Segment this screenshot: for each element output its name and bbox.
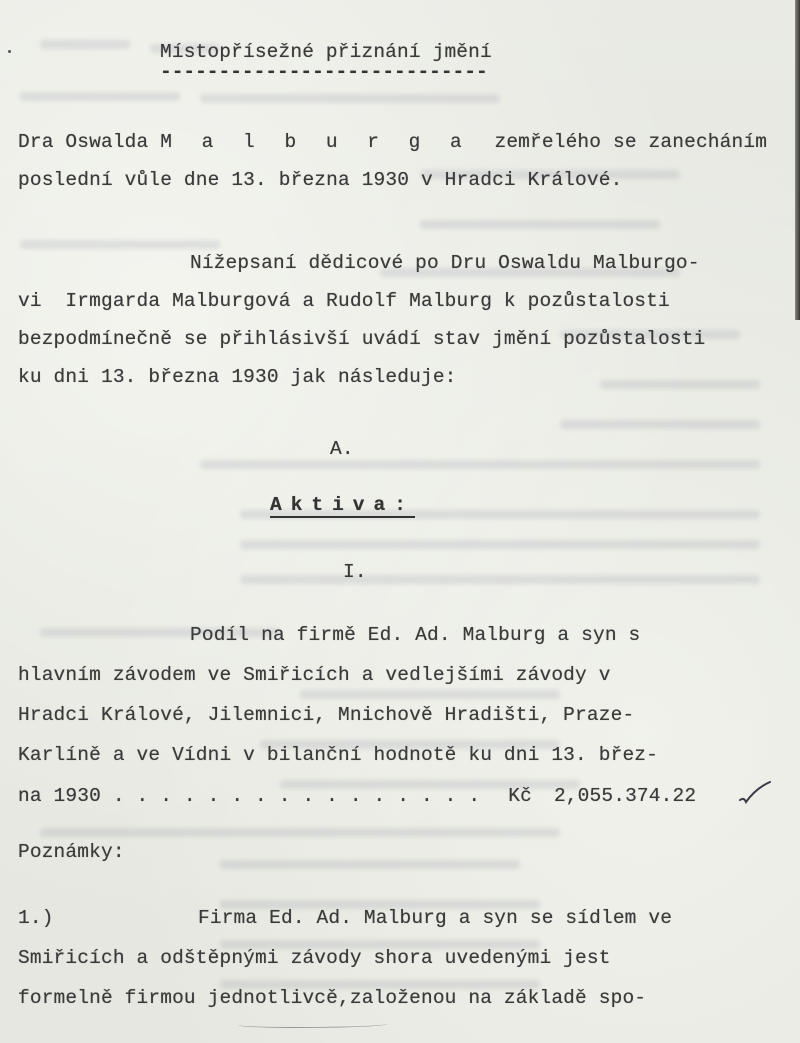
margin-dot (8, 50, 11, 53)
checkmark-icon (738, 780, 772, 806)
paper-sheet (0, 0, 800, 1043)
notes-heading: Poznámky: (18, 840, 125, 864)
section-title-aktiva: Aktiva: (270, 494, 415, 518)
item-line-1: Podíl na firmě Ed. Ad. Malburg a syn s (190, 623, 640, 647)
section-letter: A. (330, 437, 354, 461)
item-line-2: hlavním závodem ve Smiřicích a vedlejším… (18, 663, 611, 687)
intro-line-2: poslední vůle dne 13. března 1930 v Hrad… (18, 168, 622, 192)
valuation-leader: na 1930 . . . . . . . . . . . . . . . . (18, 785, 480, 807)
valuation-line: na 1930 . . . . . . . . . . . . . . . .K… (18, 784, 696, 808)
scan-edge-shadow (795, 0, 800, 320)
intro-prefix: Dra Oswalda (18, 131, 160, 153)
item-line-3: Hradci Králové, Jilemnici, Mnichově Hrad… (18, 703, 634, 727)
intro-line-1: Dra Oswalda M a l b u r g a zemřelého se… (18, 130, 767, 154)
title-dashed-rule: ---------------------------- (160, 60, 488, 84)
heirs-line-2: vi Irmgarda Malburgová a Rudolf Malburg … (18, 289, 670, 313)
valuation-amount: 2,055.374.22 (554, 785, 696, 807)
heirs-line-1: Nížepsaní dědicové po Dru Oswaldu Malbur… (190, 251, 700, 275)
note-1-line-1: Firma Ed. Ad. Malburg a syn se sídlem ve (198, 906, 672, 930)
note-1-number: 1.) (18, 906, 54, 930)
intro-suffix: zemřelého se zanecháním (471, 131, 767, 153)
intro-name-spaced: M a l b u r g a (160, 131, 471, 153)
heirs-line-4: ku dni 13. března 1930 jak následuje: (18, 365, 457, 389)
heirs-line-3: bezpodmínečně se přihlásivší uvádí stav … (18, 327, 705, 351)
note-1-line-2: Smiřicích a odštěpnými závody shora uved… (18, 946, 611, 970)
valuation-currency: Kč (508, 785, 532, 807)
note-1-line-3: formelně firmou jednotlivcě,založenou na… (18, 986, 646, 1010)
item-line-4: Karlíně a ve Vídni v bilanční hodnotě ku… (18, 743, 658, 767)
item-number: I. (343, 560, 367, 584)
